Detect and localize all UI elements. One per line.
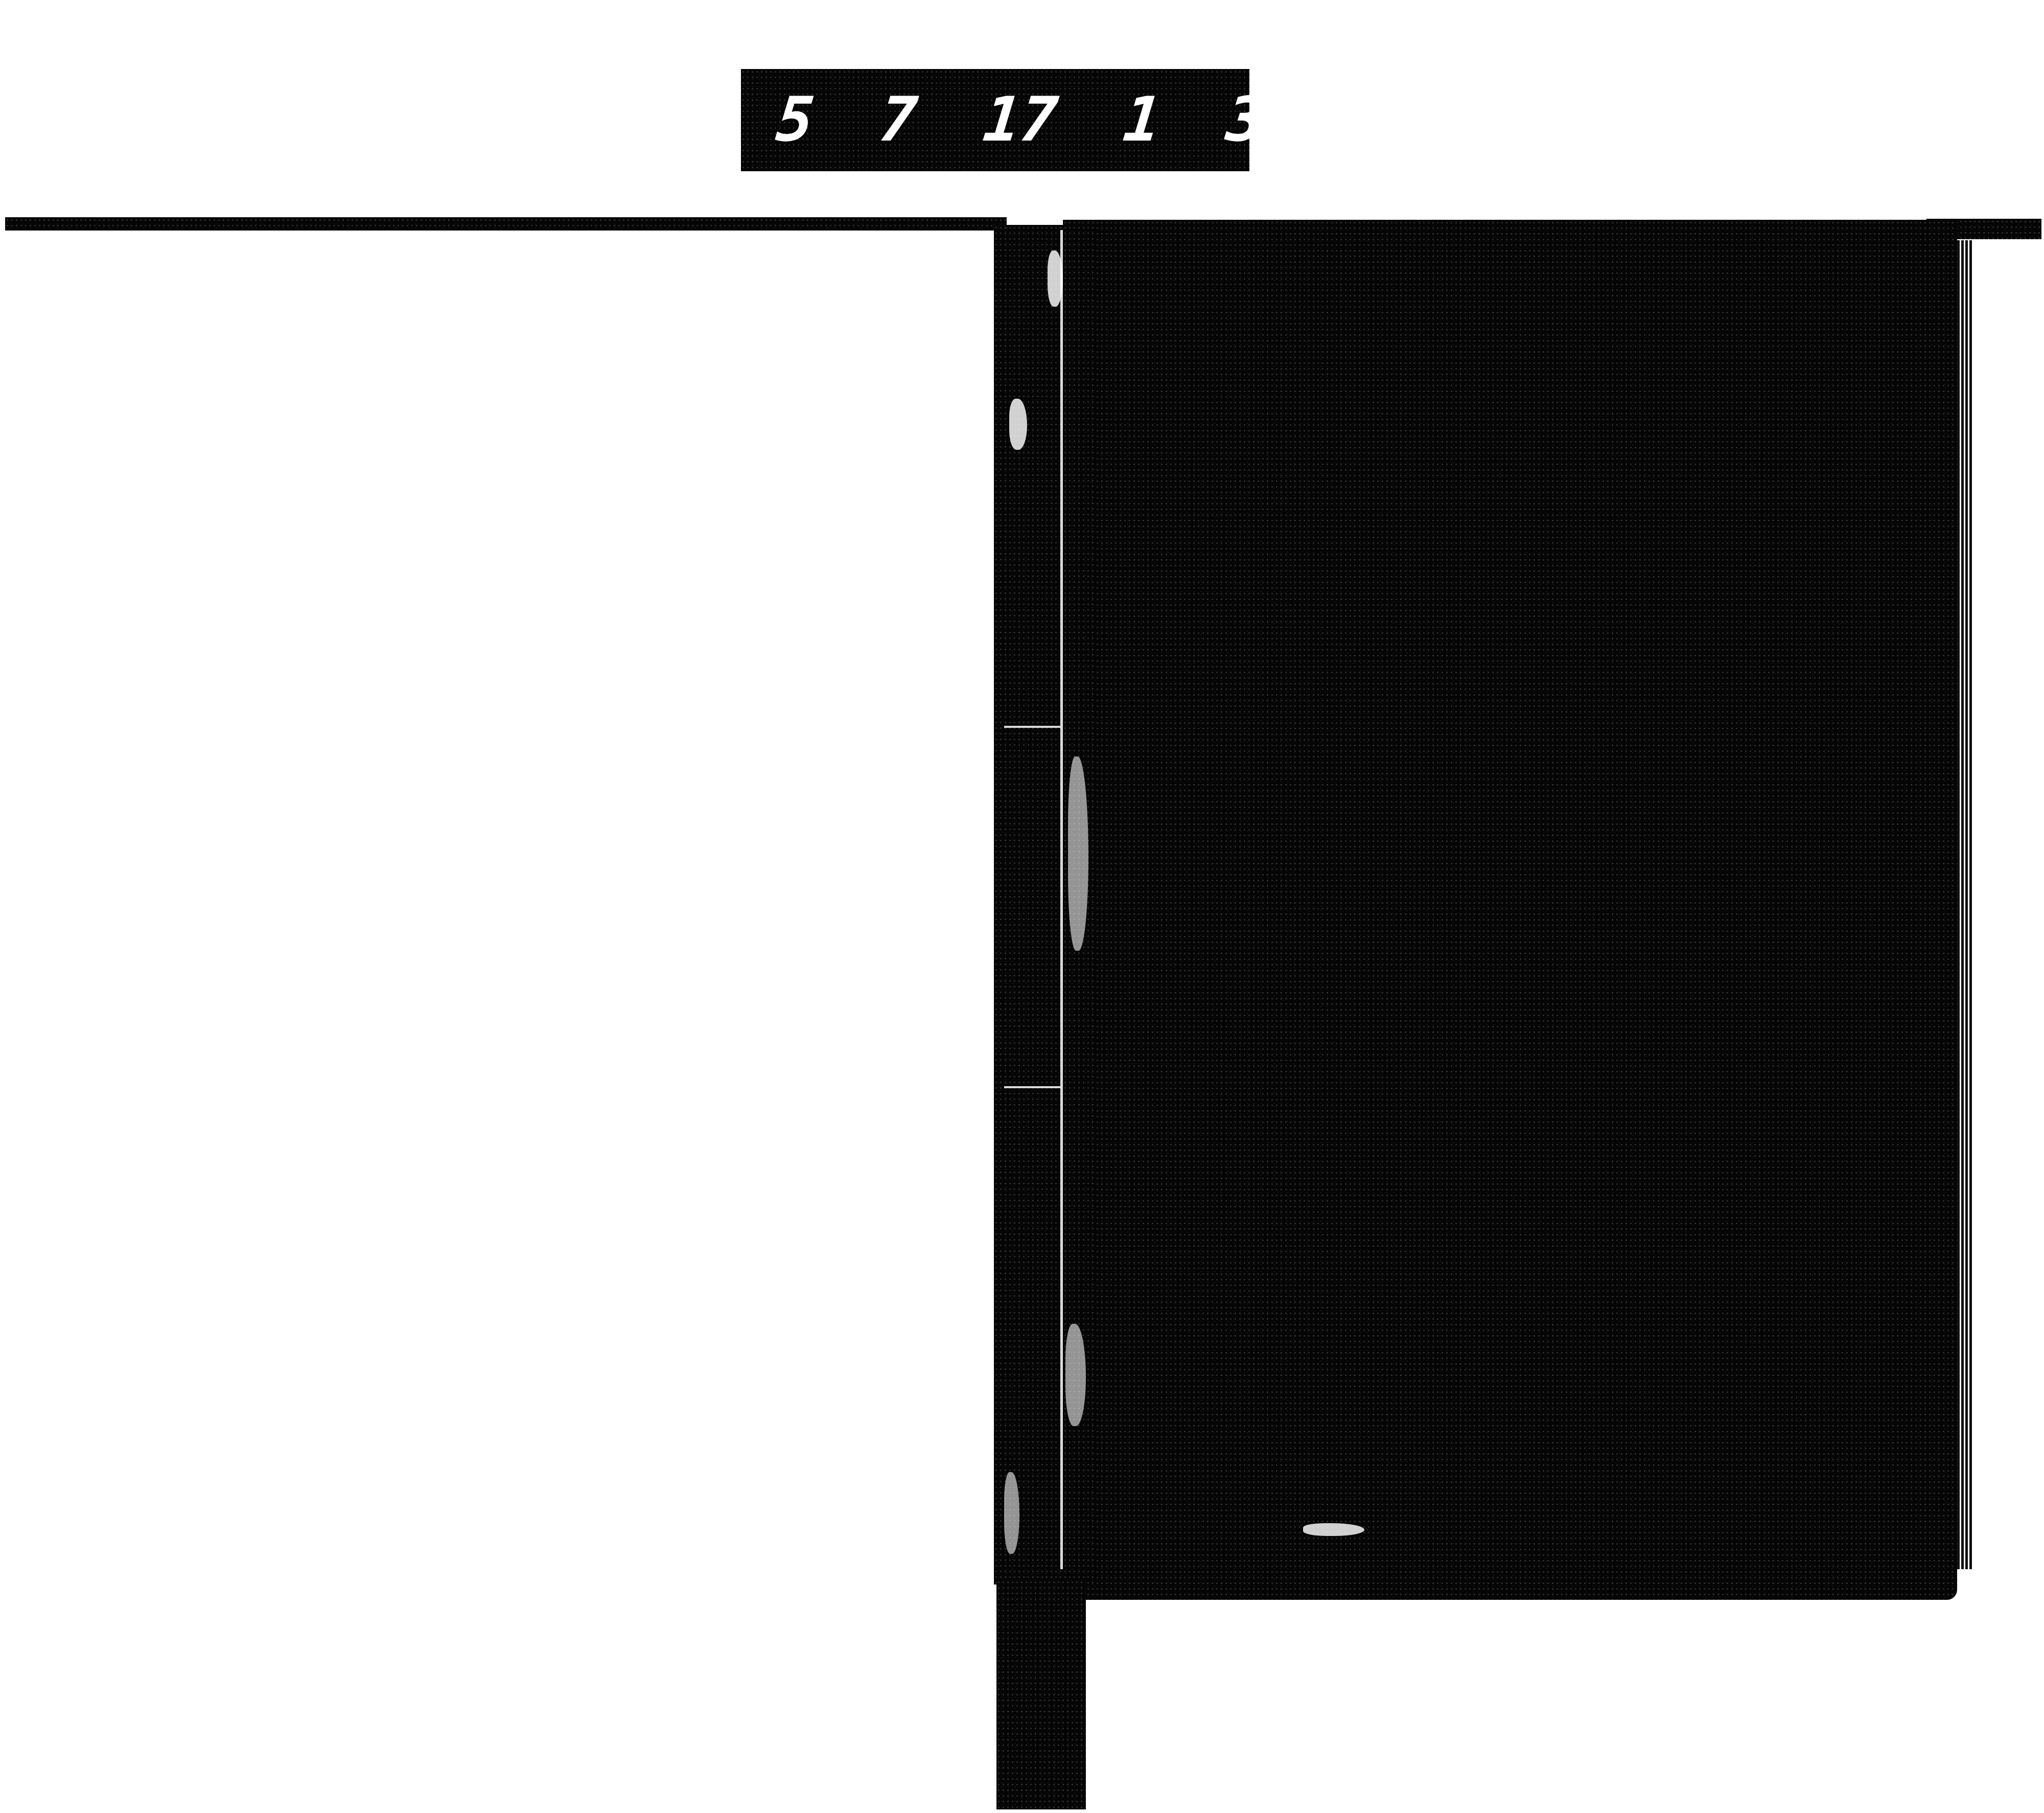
book-spine [994,225,1096,1585]
spine-scuff [1048,250,1063,307]
spine-hinge-line [1060,230,1063,1569]
cover-scuff [1303,1523,1364,1536]
spine-band [1004,726,1060,728]
spine-scuff [1068,756,1088,951]
digit: 7 [877,89,920,151]
spine-tail [996,1579,1086,1809]
digit: 3. [1224,89,1304,151]
spine-scuff [1004,1472,1019,1554]
book-cover [1063,220,1957,1600]
catalog-number-left: 5 7 1 [777,89,1020,151]
scan-edge-bar-left [5,217,1007,231]
digit: 7 [1017,89,1060,151]
spine-band [1004,1086,1060,1088]
catalog-number-right: 7 1 3. [1020,89,1301,151]
digit: 1 [980,89,1024,151]
spine-scuff [1065,1324,1086,1426]
catalog-number-tag: 5 7 1 7 1 3. [741,69,1249,171]
digit: 1 [1121,89,1164,151]
page-edges [1957,240,1973,1569]
spine-scuff [1009,399,1027,450]
digit: 5 [774,89,817,151]
